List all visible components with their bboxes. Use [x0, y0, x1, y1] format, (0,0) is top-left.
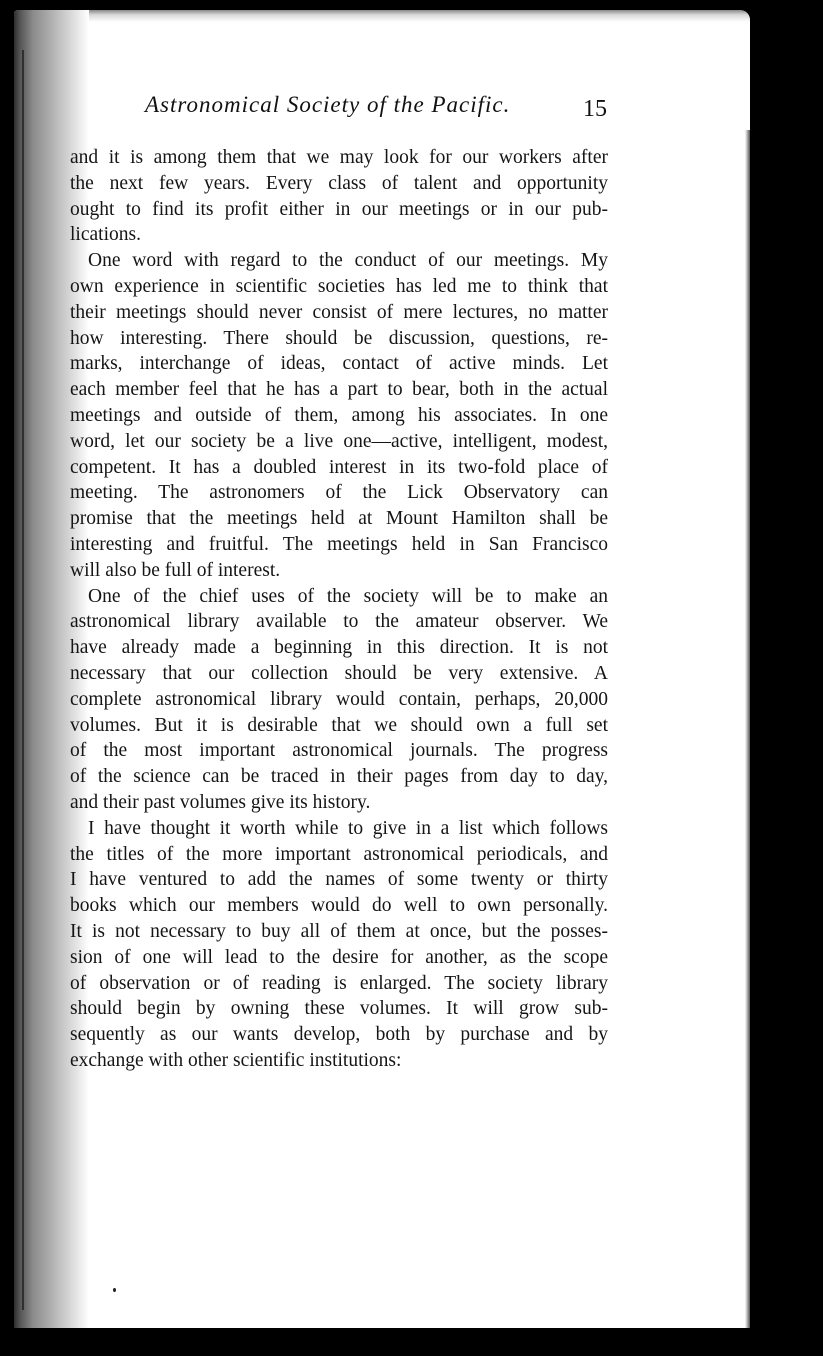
text-line: astronomical library available to the am…: [70, 609, 608, 635]
text-line: sion of one will lead to the desire for …: [70, 945, 608, 971]
ink-speck: [113, 1288, 116, 1292]
text-line: I have ventured to add the names of some…: [70, 867, 608, 893]
page-right-edge: [745, 130, 750, 1330]
text-line: I have thought it worth while to give in…: [70, 816, 608, 842]
text-line: of the most important astronomical journ…: [70, 738, 608, 764]
text-line: One of the chief uses of the society wil…: [70, 584, 608, 610]
page-number: 15: [583, 96, 607, 123]
text-line: marks, interchange of ideas, contact of …: [70, 351, 608, 377]
text-line: sequently as our wants develop, both by …: [70, 1022, 608, 1048]
text-line: of the science can be traced in their pa…: [70, 764, 608, 790]
text-line: their meetings should never consist of m…: [70, 300, 608, 326]
text-line: competent. It has a doubled interest in …: [70, 455, 608, 481]
text-line: meetings and outside of them, among his …: [70, 403, 608, 429]
text-line: how interesting. There should be discuss…: [70, 326, 608, 352]
text-line: interesting and fruitful. The meetings h…: [70, 532, 608, 558]
page-top-shadow: [14, 10, 750, 22]
text-line: and their past volumes give its history.: [70, 790, 608, 816]
text-line: the next few years. Every class of talen…: [70, 171, 608, 197]
scan-bottom-border: [0, 1328, 823, 1356]
text-line: It is not necessary to buy all of them a…: [70, 919, 608, 945]
paragraph-1: and it is among them that we may look fo…: [70, 145, 608, 248]
text-line: One word with regard to the conduct of o…: [70, 248, 608, 274]
text-line: volumes. But it is desirable that we sho…: [70, 713, 608, 739]
text-line: necessary that our collection should be …: [70, 661, 608, 687]
text-line: meeting. The astronomers of the Lick Obs…: [70, 480, 608, 506]
text-line: of observation or of reading is enlarged…: [70, 971, 608, 997]
text-line: books which our members would do well to…: [70, 893, 608, 919]
paragraph-2: One word with regard to the conduct of o…: [70, 248, 608, 583]
text-line: should begin by owning these volumes. It…: [70, 996, 608, 1022]
binding-edge-line: [22, 50, 24, 1310]
text-line: each member feel that he has a part to b…: [70, 377, 608, 403]
text-line: the titles of the more important astrono…: [70, 842, 608, 868]
running-head: Astronomical Society of the Pacific.: [145, 92, 510, 118]
text-line: ought to find its profit either in our m…: [70, 197, 608, 223]
text-line: own experience in scientific societies h…: [70, 274, 608, 300]
text-line: have already made a beginning in this di…: [70, 635, 608, 661]
text-line: exchange with other scientific instituti…: [70, 1048, 608, 1074]
text-line: word, let our society be a live one—acti…: [70, 429, 608, 455]
text-line: lications.: [70, 222, 608, 248]
text-line: will also be full of interest.: [70, 558, 608, 584]
paragraph-3: One of the chief uses of the society wil…: [70, 584, 608, 816]
scanned-page-view: Astronomical Society of the Pacific. 15 …: [0, 0, 823, 1356]
text-line: and it is among them that we may look fo…: [70, 145, 608, 171]
paragraph-4: I have thought it worth while to give in…: [70, 816, 608, 1074]
text-line: promise that the meetings held at Mount …: [70, 506, 608, 532]
body-text: and it is among them that we may look fo…: [70, 145, 608, 1074]
text-line: complete astronomical library would cont…: [70, 687, 608, 713]
